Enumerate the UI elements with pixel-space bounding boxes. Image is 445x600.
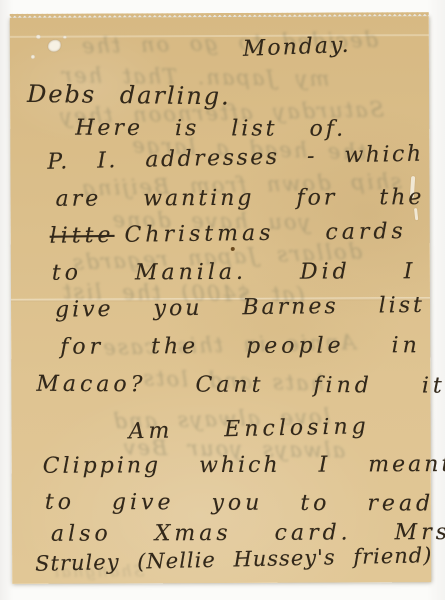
letter-line: give you Barnes list [55,293,425,323]
letter-line: are wanting for the [56,185,425,212]
letter-line: to Manila. Did I [52,259,417,286]
paper-hole [48,40,61,52]
perforated-edge [10,12,429,18]
scan-background: decided to go on the my Japan. That her … [0,0,445,600]
paper-fleck [36,35,41,39]
dateline: Monday. [242,33,351,62]
letter-paper: decided to go on the my Japan. That her … [10,16,431,584]
salutation: Debs darling. [27,80,231,111]
letter-line: litteChristmas cards [50,219,407,249]
letter-line: Struley (Nellie Hussey's friend) [35,543,433,576]
letter-line: also Xmas card. Mrs [51,520,445,547]
crossed-out-word: litte [50,223,115,249]
paper-fleck [63,36,67,39]
ink-dot [231,247,235,251]
letter-line-text: Christmas cards [124,219,407,248]
letter-line: Here is list of. [75,116,346,142]
letter-line: Macao? Cant find it. [36,372,445,399]
letter-line: for the people in [60,333,421,360]
letter-line: to give you to read [45,490,434,517]
letter-line: Clipping which I meant [43,452,445,479]
paper-fleck [31,55,35,59]
letter-line: Am Enclosing [128,414,370,444]
